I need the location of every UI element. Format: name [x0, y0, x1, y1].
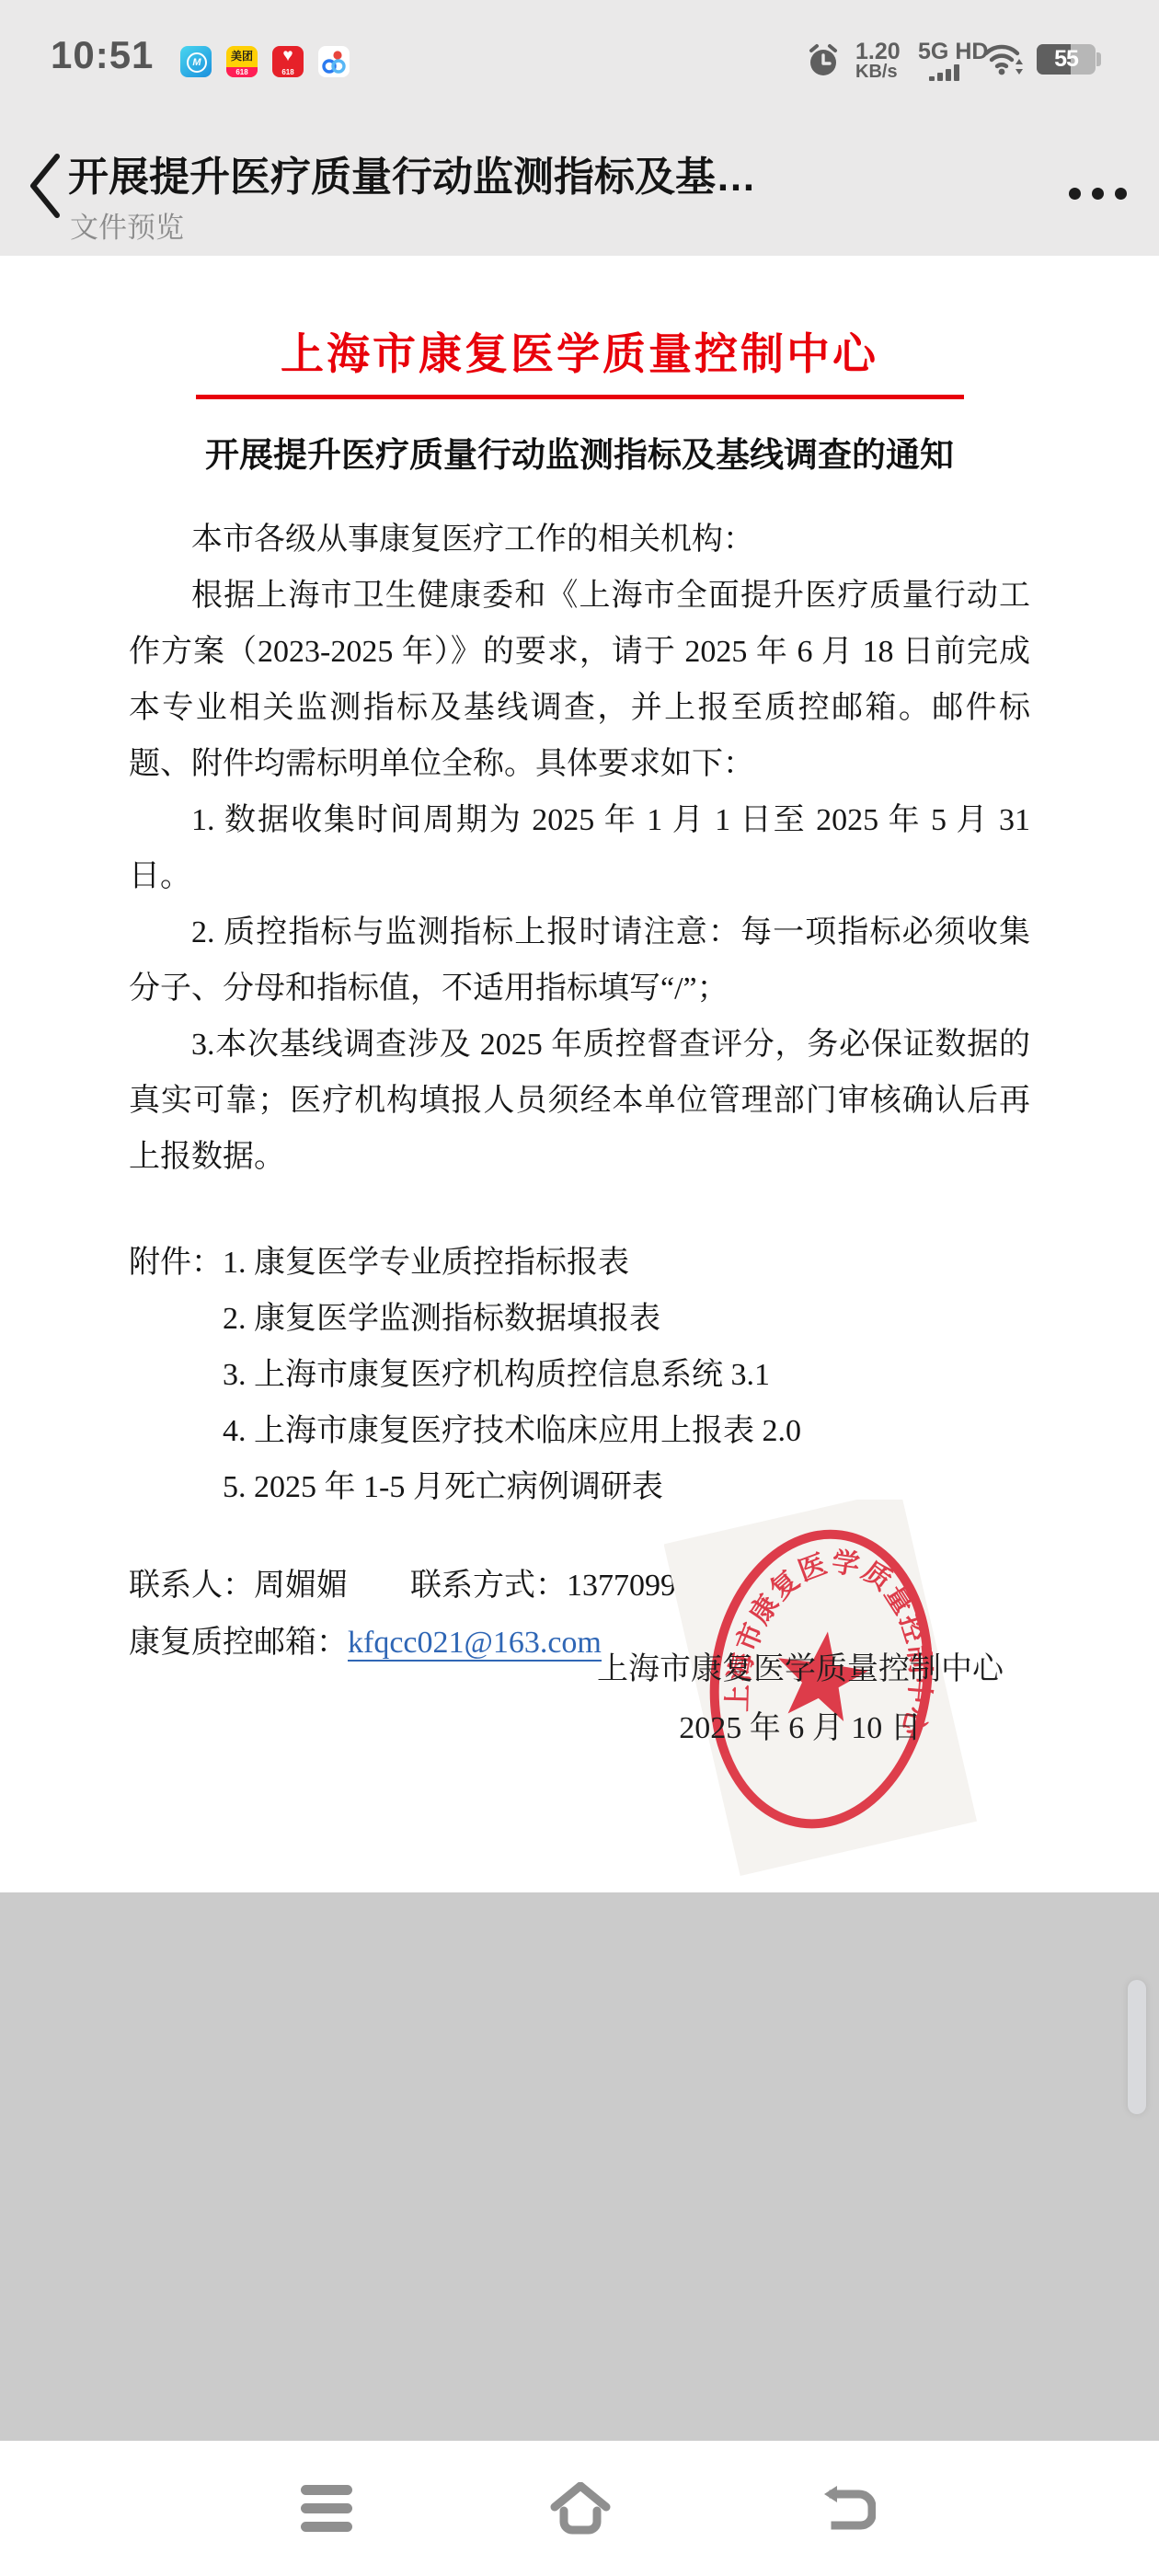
china-mobile-logo: M [187, 52, 207, 73]
china-mobile-app-icon: M [180, 46, 212, 77]
attachment-item: 1. 康复医学专业质控指标报表 [223, 1235, 1030, 1291]
recents-button[interactable] [276, 2441, 377, 2576]
more-menu-button[interactable] [1056, 175, 1139, 212]
signal-strength-icon [929, 64, 959, 81]
page-subtitle: 文件预览 [70, 204, 184, 246]
scrollbar-thumb[interactable] [1128, 1980, 1146, 2114]
attachment-item: 4. 上海市康复医疗技术临床应用上报表 2.0 [223, 1403, 1030, 1459]
preview-background [0, 1892, 1159, 2441]
battery-nub [1096, 52, 1101, 66]
document-org-title: 上海市康复医学质量控制中心 [0, 320, 1159, 382]
document-paragraph: 2. 质控指标与监测指标上报时请注意：每一项指标必须收集分子、分母和指标值，不适… [129, 904, 1030, 1017]
email-label: 康复质控邮箱： [129, 1626, 348, 1660]
network-type-label: 5G HD [918, 39, 988, 65]
document-paragraph: 1. 数据收集时间周期为 2025 年 1 月 1 日至 2025 年 5 月 … [129, 792, 1030, 904]
attachment-item: 2. 康复医学监测指标数据填报表 [223, 1291, 1030, 1347]
document-paragraph: 本市各级从事康复医疗工作的相关机构： [129, 512, 1030, 568]
back-nav-icon [822, 2485, 876, 2533]
red-divider-line [196, 395, 964, 399]
battery-icon: 55 [1037, 44, 1096, 75]
heart-icon: ♥ [272, 46, 304, 66]
attachment-item: 3. 上海市康复医疗机构质控信息系统 3.1 [223, 1347, 1030, 1403]
chevron-left-icon [20, 151, 72, 221]
document-notice-title: 开展提升医疗质量行动监测指标及基线调查的通知 [0, 427, 1159, 477]
recents-icon [301, 2485, 352, 2532]
back-nav-button[interactable] [798, 2441, 900, 2576]
phone-screen: 10:51 M 美团 618 ♥ 618 [0, 0, 1159, 2576]
alarm-clock-icon [806, 42, 841, 79]
jd-618-badge: 618 [272, 68, 304, 76]
document-paragraph: 3.本次基线调查涉及 2025 年质控督查评分，务必保证数据的真实可靠；医疗机构… [129, 1017, 1030, 1185]
signature-org: 上海市康复医学质量控制中心 [552, 1643, 1049, 1688]
attachments-block: 附件： 1. 康复医学专业质控指标报表2. 康复医学监测指标数据填报表3. 上海… [129, 1235, 1030, 1515]
attachments-list: 1. 康复医学专业质控指标报表2. 康复医学监测指标数据填报表3. 上海市康复医… [223, 1235, 1030, 1515]
jd-618-app-icon: ♥ 618 [272, 46, 304, 77]
network-speed-value: 1.20 [855, 40, 901, 63]
network-speed-unit: KB/s [855, 63, 901, 81]
top-bar: 10:51 M 美团 618 ♥ 618 [0, 0, 1159, 256]
document-preview: 上海市康复医学质量控制中心 开展提升医疗质量行动监测指标及基线调查的通知 本市各… [0, 256, 1159, 1892]
home-button[interactable] [530, 2441, 631, 2576]
meituan-badge: 618 [226, 67, 258, 77]
document-body: 本市各级从事康复医疗工作的相关机构：根据上海市卫生健康委和《上海市全面提升医疗质… [129, 512, 1030, 1185]
more-dots-icon [1069, 188, 1081, 200]
status-time: 10:51 [51, 33, 154, 77]
notification-app-icons: M 美团 618 ♥ 618 [180, 46, 350, 77]
signature-date: 2025 年 6 月 10 日 [552, 1702, 1049, 1747]
network-speed: 1.20 KB/s [855, 40, 901, 81]
document-paragraph: 根据上海市卫生健康委和《上海市全面提升医疗质量行动工作方案（2023-2025 … [129, 568, 1030, 792]
official-seal-stamp: 上海市康复医学质量控制中心 [664, 1500, 977, 1886]
home-icon [550, 2482, 611, 2536]
battery-percent: 55 [1037, 44, 1096, 75]
meituan-app-icon: 美团 618 [226, 46, 258, 77]
page-title: 开展提升医疗质量行动监测指标及基… [68, 144, 1016, 202]
baidu-netdisk-logo [318, 46, 350, 77]
wifi-icon [982, 40, 1025, 79]
baidu-netdisk-app-icon [318, 46, 350, 77]
back-button[interactable] [20, 151, 72, 221]
attachments-label: 附件： [129, 1235, 223, 1515]
system-navigation-bar [0, 2441, 1159, 2576]
